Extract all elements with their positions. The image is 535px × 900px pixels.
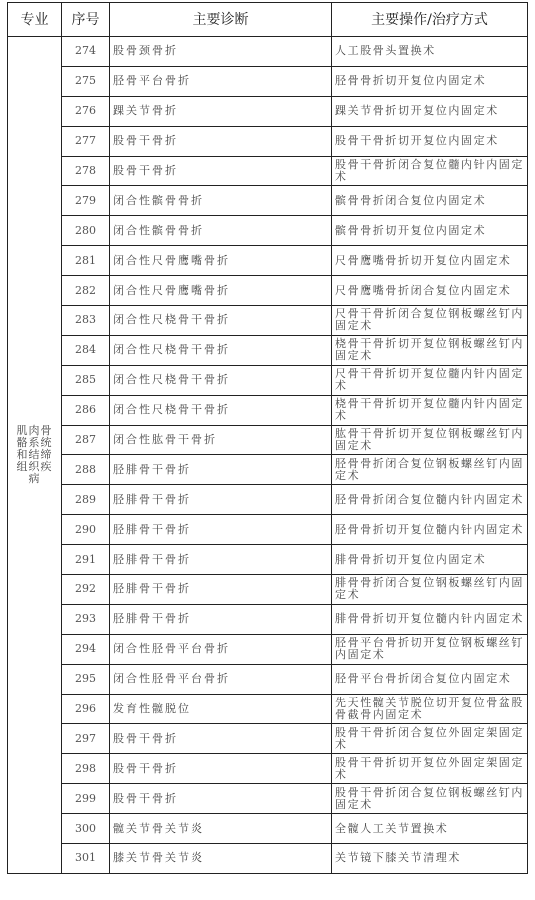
diagnosis-procedure-table: 专业 序号 主要诊断 主要操作/治疗方式 肌肉骨骼系统和结缔组织疾病274股骨颈…	[7, 2, 528, 874]
header-row: 专业 序号 主要诊断 主要操作/治疗方式	[8, 3, 528, 37]
operation-cell: 股骨干骨折闭合复位髓内针内固定术	[332, 156, 528, 186]
diagnosis-cell: 膝关节骨关节炎	[110, 844, 332, 874]
operation-cell: 桡骨干骨折切开复位钢板螺丝钉内固定术	[332, 335, 528, 365]
table-row: 300髋关节骨关节炎全髋人工关节置换术	[8, 814, 528, 844]
diagnosis-cell: 股骨干骨折	[110, 784, 332, 814]
row-number: 274	[62, 37, 110, 67]
operation-cell: 股骨干骨折闭合复位外固定架固定术	[332, 724, 528, 754]
diagnosis-cell: 闭合性尺桡骨干骨折	[110, 365, 332, 395]
row-number: 281	[62, 246, 110, 276]
diagnosis-cell: 闭合性胫骨平台骨折	[110, 664, 332, 694]
row-number: 284	[62, 335, 110, 365]
row-number: 282	[62, 276, 110, 306]
operation-cell: 髌骨骨折闭合复位内固定术	[332, 186, 528, 216]
table-row: 278股骨干骨折股骨干骨折闭合复位髓内针内固定术	[8, 156, 528, 186]
row-number: 295	[62, 664, 110, 694]
diagnosis-cell: 股骨干骨折	[110, 724, 332, 754]
diagnosis-cell: 闭合性尺骨鹰嘴骨折	[110, 246, 332, 276]
row-number: 283	[62, 306, 110, 336]
operation-cell: 胫骨骨折闭合复位髓内针内固定术	[332, 485, 528, 515]
diagnosis-cell: 胫骨平台骨折	[110, 66, 332, 96]
row-number: 285	[62, 365, 110, 395]
table-row: 299股骨干骨折股骨干骨折闭合复位钢板螺丝钉内固定术	[8, 784, 528, 814]
operation-cell: 胫骨骨折切开复位内固定术	[332, 66, 528, 96]
diagnosis-cell: 闭合性胫骨平台骨折	[110, 634, 332, 664]
table-row: 279闭合性髌骨骨折髌骨骨折闭合复位内固定术	[8, 186, 528, 216]
diagnosis-cell: 闭合性髌骨骨折	[110, 216, 332, 246]
row-number: 292	[62, 575, 110, 605]
table-row: 298股骨干骨折股骨干骨折切开复位外固定架固定术	[8, 754, 528, 784]
table-row: 294闭合性胫骨平台骨折胫骨平台骨折切开复位钢板螺丝钉内固定术	[8, 634, 528, 664]
operation-cell: 尺骨鹰嘴骨折闭合复位内固定术	[332, 276, 528, 306]
table-row: 285闭合性尺桡骨干骨折尺骨干骨折切开复位髓内针内固定术	[8, 365, 528, 395]
row-number: 300	[62, 814, 110, 844]
operation-cell: 腓骨骨折切开复位髓内针内固定术	[332, 604, 528, 634]
table-row: 297股骨干骨折股骨干骨折闭合复位外固定架固定术	[8, 724, 528, 754]
operation-cell: 胫骨骨折切开复位髓内针内固定术	[332, 515, 528, 545]
header-specialty: 专业	[8, 3, 62, 37]
operation-cell: 肱骨干骨折切开复位钢板螺丝钉内固定术	[332, 425, 528, 455]
table-row: 283闭合性尺桡骨干骨折尺骨干骨折闭合复位钢板螺丝钉内固定术	[8, 306, 528, 336]
diagnosis-cell: 踝关节骨折	[110, 96, 332, 126]
diagnosis-cell: 髋关节骨关节炎	[110, 814, 332, 844]
header-diagnosis: 主要诊断	[110, 3, 332, 37]
diagnosis-cell: 闭合性髌骨骨折	[110, 186, 332, 216]
diagnosis-cell: 股骨颈骨折	[110, 37, 332, 67]
table-row: 290胫腓骨干骨折胫骨骨折切开复位髓内针内固定术	[8, 515, 528, 545]
specialty-label: 肌肉骨骼系统和结缔组织疾病	[14, 425, 56, 485]
diagnosis-cell: 胫腓骨干骨折	[110, 485, 332, 515]
table-row: 291胫腓骨干骨折腓骨骨折切开复位内固定术	[8, 545, 528, 575]
diagnosis-cell: 发育性髋脱位	[110, 694, 332, 724]
diagnosis-cell: 闭合性尺桡骨干骨折	[110, 306, 332, 336]
table-row: 284闭合性尺桡骨干骨折桡骨干骨折切开复位钢板螺丝钉内固定术	[8, 335, 528, 365]
operation-cell: 踝关节骨折切开复位内固定术	[332, 96, 528, 126]
row-number: 278	[62, 156, 110, 186]
operation-cell: 关节镜下膝关节清理术	[332, 844, 528, 874]
operation-cell: 髌骨骨折切开复位内固定术	[332, 216, 528, 246]
row-number: 297	[62, 724, 110, 754]
diagnosis-cell: 胫腓骨干骨折	[110, 575, 332, 605]
diagnosis-cell: 股骨干骨折	[110, 754, 332, 784]
operation-cell: 尺骨干骨折切开复位髓内针内固定术	[332, 365, 528, 395]
table-row: 296发育性髋脱位先天性髋关节脱位切开复位骨盆股骨截骨内固定术	[8, 694, 528, 724]
row-number: 301	[62, 844, 110, 874]
table-row: 301膝关节骨关节炎关节镜下膝关节清理术	[8, 844, 528, 874]
table-row: 277股骨干骨折股骨干骨折切开复位内固定术	[8, 126, 528, 156]
diagnosis-cell: 闭合性尺桡骨干骨折	[110, 395, 332, 425]
header-operation: 主要操作/治疗方式	[332, 3, 528, 37]
table-row: 286闭合性尺桡骨干骨折桡骨干骨折切开复位髓内针内固定术	[8, 395, 528, 425]
diagnosis-cell: 股骨干骨折	[110, 156, 332, 186]
operation-cell: 桡骨干骨折切开复位髓内针内固定术	[332, 395, 528, 425]
table-row: 275胫骨平台骨折胫骨骨折切开复位内固定术	[8, 66, 528, 96]
operation-cell: 胫骨骨折闭合复位钢板螺丝钉内固定术	[332, 455, 528, 485]
row-number: 277	[62, 126, 110, 156]
row-number: 279	[62, 186, 110, 216]
table-row: 280闭合性髌骨骨折髌骨骨折切开复位内固定术	[8, 216, 528, 246]
row-number: 294	[62, 634, 110, 664]
row-number: 299	[62, 784, 110, 814]
row-number: 286	[62, 395, 110, 425]
row-number: 291	[62, 545, 110, 575]
operation-cell: 胫骨平台骨折闭合复位内固定术	[332, 664, 528, 694]
operation-cell: 腓骨骨折切开复位内固定术	[332, 545, 528, 575]
diagnosis-cell: 闭合性尺桡骨干骨折	[110, 335, 332, 365]
diagnosis-cell: 胫腓骨干骨折	[110, 545, 332, 575]
header-no: 序号	[62, 3, 110, 37]
operation-cell: 股骨干骨折切开复位外固定架固定术	[332, 754, 528, 784]
operation-cell: 全髋人工关节置换术	[332, 814, 528, 844]
table-row: 276踝关节骨折踝关节骨折切开复位内固定术	[8, 96, 528, 126]
row-number: 280	[62, 216, 110, 246]
operation-cell: 尺骨鹰嘴骨折切开复位内固定术	[332, 246, 528, 276]
table-row: 293胫腓骨干骨折腓骨骨折切开复位髓内针内固定术	[8, 604, 528, 634]
diagnosis-cell: 闭合性肱骨干骨折	[110, 425, 332, 455]
row-number: 289	[62, 485, 110, 515]
table-row: 282闭合性尺骨鹰嘴骨折尺骨鹰嘴骨折闭合复位内固定术	[8, 276, 528, 306]
operation-cell: 股骨干骨折闭合复位钢板螺丝钉内固定术	[332, 784, 528, 814]
row-number: 288	[62, 455, 110, 485]
diagnosis-cell: 闭合性尺骨鹰嘴骨折	[110, 276, 332, 306]
diagnosis-cell: 胫腓骨干骨折	[110, 604, 332, 634]
table-row: 292胫腓骨干骨折腓骨骨折闭合复位钢板螺丝钉内固定术	[8, 575, 528, 605]
diagnosis-cell: 股骨干骨折	[110, 126, 332, 156]
operation-cell: 先天性髋关节脱位切开复位骨盆股骨截骨内固定术	[332, 694, 528, 724]
row-number: 298	[62, 754, 110, 784]
operation-cell: 胫骨平台骨折切开复位钢板螺丝钉内固定术	[332, 634, 528, 664]
table-row: 289胫腓骨干骨折胫骨骨折闭合复位髓内针内固定术	[8, 485, 528, 515]
row-number: 290	[62, 515, 110, 545]
row-number: 296	[62, 694, 110, 724]
diagnosis-cell: 胫腓骨干骨折	[110, 515, 332, 545]
table-row: 295闭合性胫骨平台骨折胫骨平台骨折闭合复位内固定术	[8, 664, 528, 694]
table-row: 肌肉骨骼系统和结缔组织疾病274股骨颈骨折人工股骨头置换术	[8, 37, 528, 67]
operation-cell: 人工股骨头置换术	[332, 37, 528, 67]
table-row: 281闭合性尺骨鹰嘴骨折尺骨鹰嘴骨折切开复位内固定术	[8, 246, 528, 276]
row-number: 287	[62, 425, 110, 455]
operation-cell: 尺骨干骨折闭合复位钢板螺丝钉内固定术	[332, 306, 528, 336]
operation-cell: 腓骨骨折闭合复位钢板螺丝钉内固定术	[332, 575, 528, 605]
row-number: 293	[62, 604, 110, 634]
diagnosis-cell: 胫腓骨干骨折	[110, 455, 332, 485]
row-number: 275	[62, 66, 110, 96]
specialty-cell: 肌肉骨骼系统和结缔组织疾病	[8, 37, 62, 874]
row-number: 276	[62, 96, 110, 126]
operation-cell: 股骨干骨折切开复位内固定术	[332, 126, 528, 156]
table-row: 287闭合性肱骨干骨折肱骨干骨折切开复位钢板螺丝钉内固定术	[8, 425, 528, 455]
table-row: 288胫腓骨干骨折胫骨骨折闭合复位钢板螺丝钉内固定术	[8, 455, 528, 485]
